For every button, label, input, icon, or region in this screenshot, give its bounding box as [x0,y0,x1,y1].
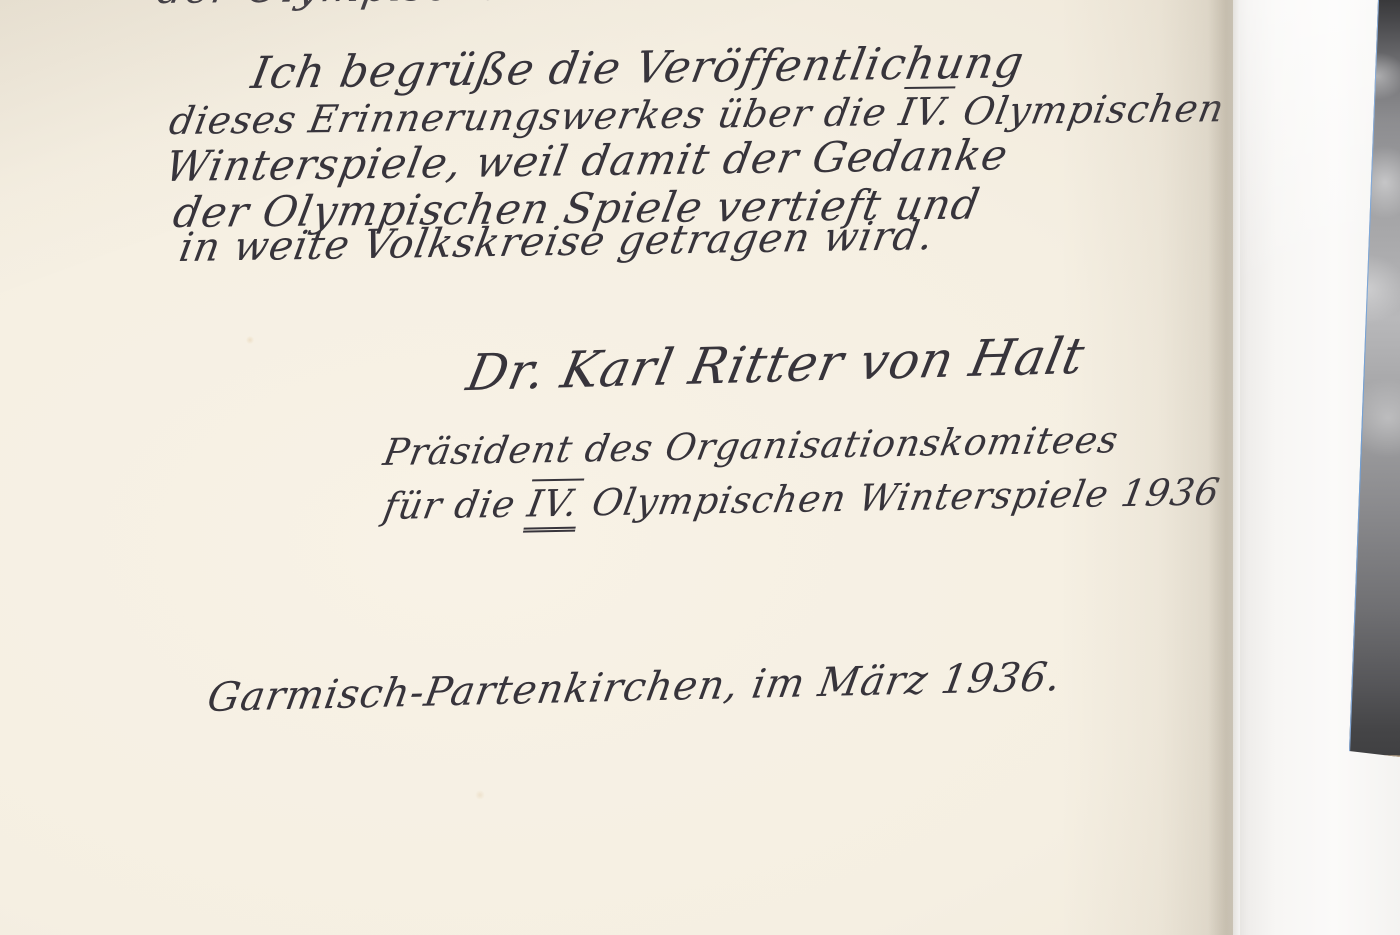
signature-title-line-2: für die IV. Olympischen Winterspiele 193… [381,473,1223,525]
roman-numeral-iv: IV. [896,86,955,134]
line-2-text-after: Olympischen [947,86,1229,133]
book-page-photograph: der Olympischen … Ich begrüße die Veröff… [0,0,1400,935]
title-line-2-before: für die [380,482,532,528]
dateline: Garmisch-Partenkirchen, im März 1936. [205,657,1065,718]
title-line-2-after: Olympischen Winterspiele 1936 [576,470,1224,524]
handwritten-line-partial-top: der Olympischen … [155,0,595,10]
signature: Dr. Karl Ritter von Halt [463,331,1089,399]
handwritten-line-5: in weite Volkskreise getragen wird. [176,216,937,268]
handwritten-line-2: dieses Erinnerungswerkes über die IV. Ol… [167,89,1228,140]
signature-title-line-1: Präsident des Organisationskomitees [381,421,1122,471]
manuscript-page: der Olympischen … Ich begrüße die Veröff… [0,0,1233,935]
